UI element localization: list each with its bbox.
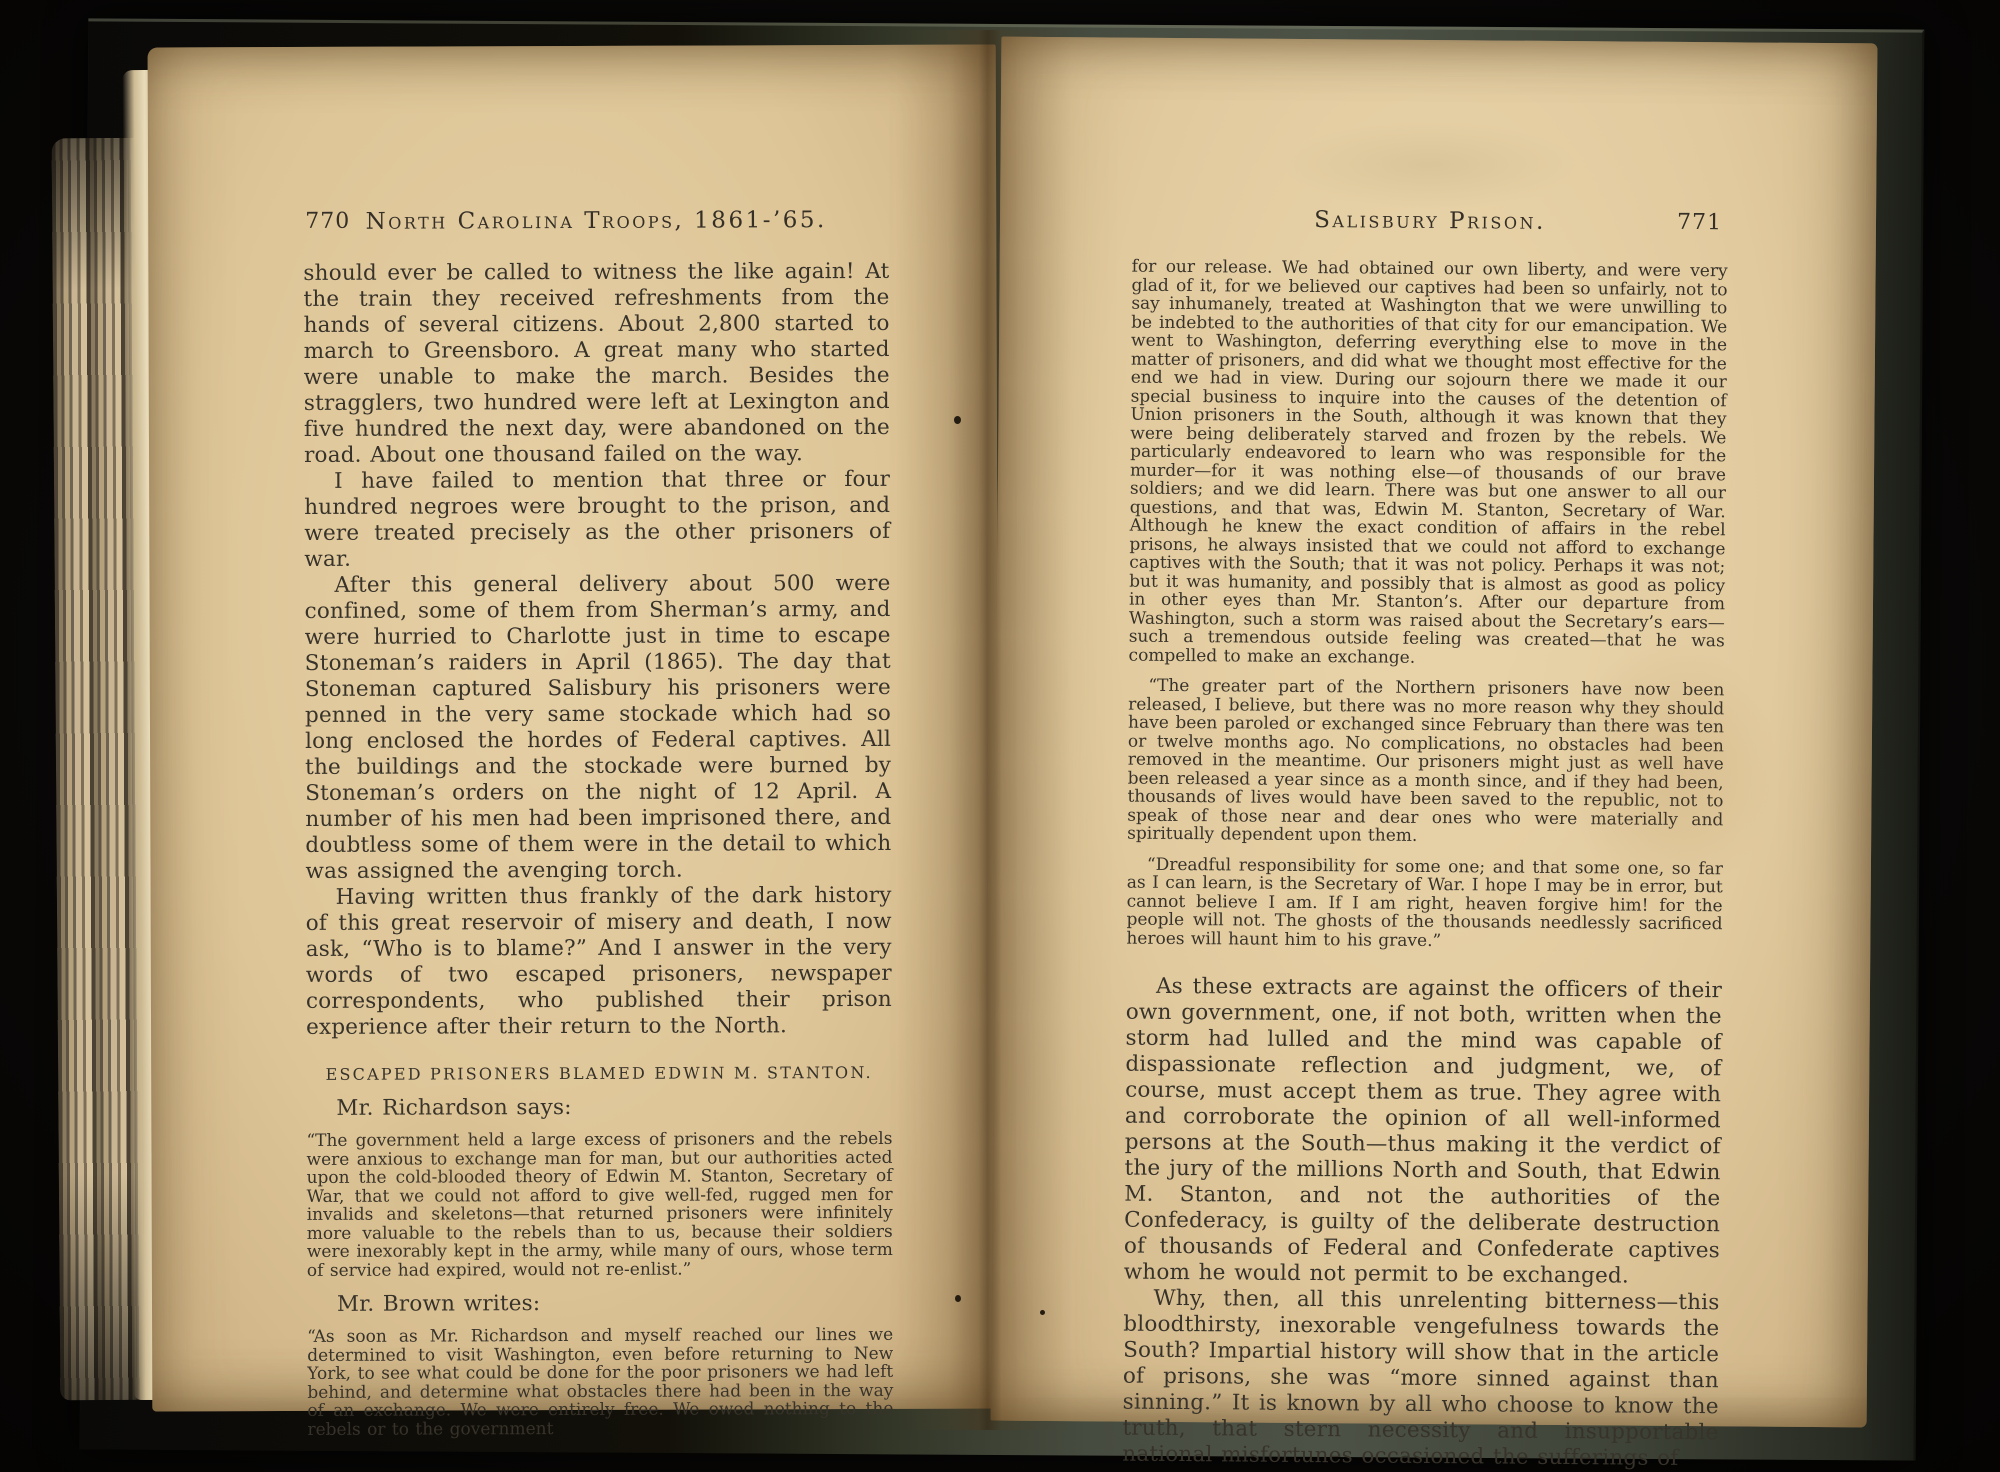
left-text-column: 770 North Carolina Troops, 1861-’65. sho… [303,207,893,1451]
left-page: 770 North Carolina Troops, 1861-’65. sho… [148,45,1001,1412]
section-heading: ESCAPED PRISONERS BLAMED EDWIN M. STANTO… [306,1063,892,1084]
left-running-title: North Carolina Troops, 1861-’65. [303,207,889,235]
right-page-number: 771 [1677,210,1722,235]
left-page-header: 770 North Carolina Troops, 1861-’65. [303,207,889,243]
right-text-column: Salisbury Prison. 771 for our release. W… [1122,206,1728,1472]
block-quote: “The greater part of the Northern prison… [1127,677,1724,848]
ink-speck [954,416,961,424]
paragraph: As these extracts are against the office… [1124,974,1722,1291]
block-quote: “As soon as Mr. Richardson and myself re… [307,1326,893,1439]
quote-attribution: Mr. Richardson says: [306,1094,892,1122]
right-running-title: Salisbury Prison. [1132,206,1728,237]
ink-speck [955,1295,961,1302]
quote-attribution: Mr. Brown writes: [307,1290,893,1318]
book-scan-scene: 770 North Carolina Troops, 1861-’65. sho… [0,0,2000,1472]
block-quote: for our release. We had obtained our own… [1129,258,1728,670]
block-quote: “Dreadful responsibility for some one; a… [1126,855,1723,952]
paragraph: After this general delivery about 500 we… [304,571,891,885]
right-page: Salisbury Prison. 771 for our release. W… [991,37,1878,1428]
right-page-header: Salisbury Prison. 771 [1132,206,1728,245]
paragraph: I have failed to mention that three or f… [304,467,890,573]
paragraph: Why, then, all this unrelenting bitterne… [1122,1286,1719,1472]
block-quote: “The government held a large excess of p… [306,1130,893,1280]
paragraph: Having written thus frankly of the dark … [306,883,893,1041]
left-page-number: 770 [305,209,350,234]
ink-speck [1040,1310,1045,1315]
paragraph: should ever be called to witness the lik… [303,259,890,469]
